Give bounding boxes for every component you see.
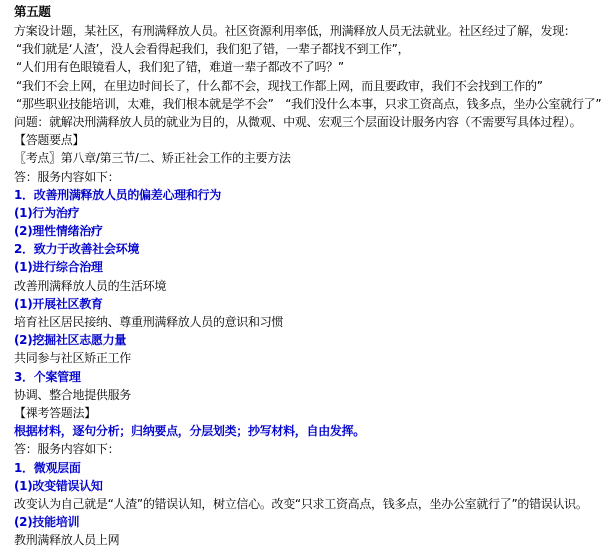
method-heading-1: 1．微观层面	[14, 459, 606, 477]
method-body: 改变认为自己就是“人渣”的错误认知，树立信心。改变“只求工资高点，钱多点，坐办公…	[14, 495, 606, 513]
answer-body: 共同参与社区矫正工作	[14, 349, 606, 367]
answer-body: 改善刑满释放人员的生活环境	[14, 277, 606, 295]
answer-subheading: (1)进行综合治理	[14, 258, 606, 276]
answer-subheading: (2)挖掘社区志愿力量	[14, 331, 606, 349]
quote-4: “那些职业技能培训，太难，我们根本就是学不会” “我们没什么本事，只求工资高点，…	[14, 95, 606, 113]
method-subheading: (2)技能培训	[14, 513, 606, 531]
exam-point: 〖考点〗第八章/第三节/二、矫正社会工作的主要方法	[14, 149, 606, 167]
method-intro: 答：服务内容如下：	[14, 440, 606, 458]
answer-heading-1: 1．改善刑满释放人员的偏差心理和行为	[14, 186, 606, 204]
question-title: 第五题	[14, 2, 606, 22]
answer-body: 协调、整合地提供服务	[14, 386, 606, 404]
question-intro: 方案设计题，某社区，有刑满释放人员。社区资源利用率低，刑满释放人员无法就业。社区…	[14, 22, 606, 40]
quote-1: “我们就是‘人渣’，没人会看得起我们，我们犯了错，一辈子都找不到工作”，	[14, 40, 606, 58]
answer-body: 培育社区居民接纳、尊重刑满释放人员的意识和习惯	[14, 313, 606, 331]
answer-points-header: 【答题要点】	[14, 131, 606, 149]
method-summary: 根据材料，逐句分析；归纳要点，分层划类；抄写材料，自由发挥。	[14, 422, 606, 440]
method-subheading: (1)改变错误认知	[14, 477, 606, 495]
answer-subheading: (2)理性情绪治疗	[14, 222, 606, 240]
answer-intro: 答：服务内容如下：	[14, 168, 606, 186]
quote-2: “人们用有色眼镜看人，我们犯了错，难道一辈子都改不了吗？”	[14, 58, 606, 76]
answer-subheading: (1)开展社区教育	[14, 295, 606, 313]
answer-heading-3: 3．个案管理	[14, 368, 606, 386]
method-header: 【祼考答题法】	[14, 404, 606, 422]
answer-subheading: (1)行为治疗	[14, 204, 606, 222]
method-body: 教刑满释放人员上网	[14, 531, 606, 549]
quote-3: “我们不会上网，在里边时间长了，什么都不会，现找工作都上网，而且要政审，我们不会…	[14, 77, 606, 95]
answer-heading-2: 2．致力于改善社会环境	[14, 240, 606, 258]
document: 第五题 方案设计题，某社区，有刑满释放人员。社区资源利用率低，刑满释放人员无法就…	[0, 0, 606, 549]
question-prompt: 问题：就解决刑满释放人员的就业为目的，从微观、中观、宏观三个层面设计服务内容（不…	[14, 113, 606, 131]
